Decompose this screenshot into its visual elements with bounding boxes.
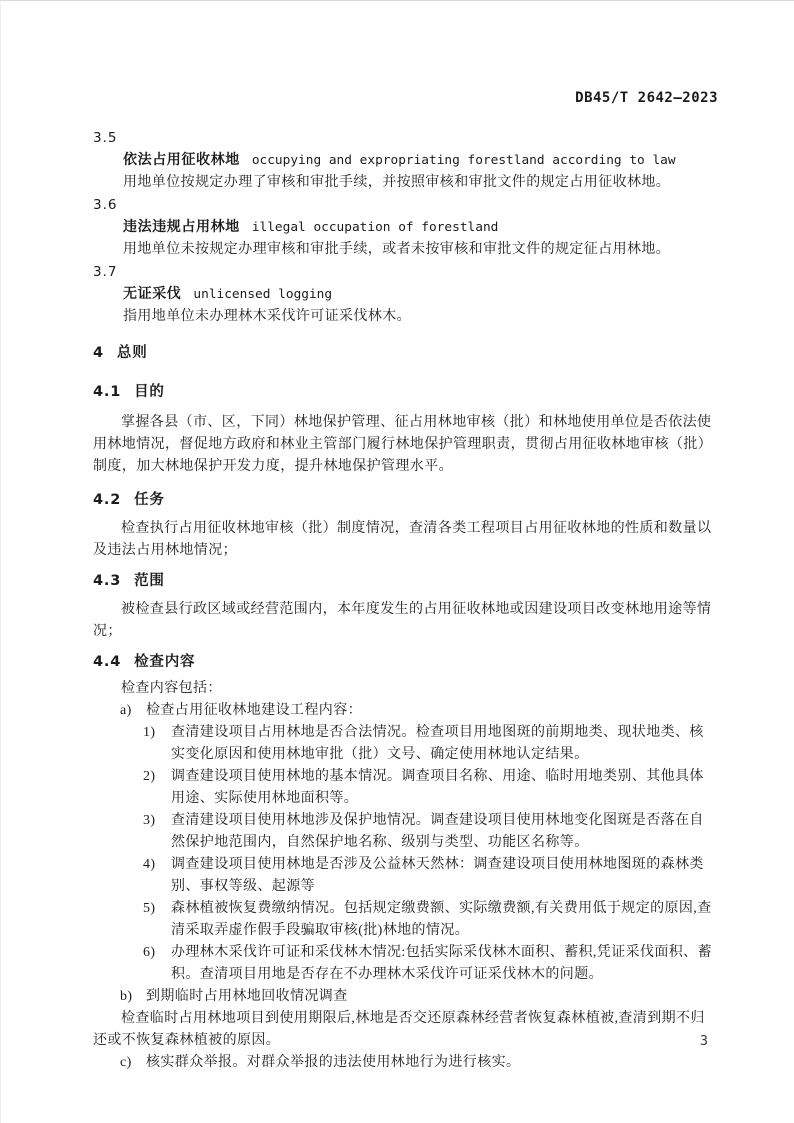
section-4-4: 4.4检查内容 检查内容包括： a) 检查占用征收林地建设工程内容： 1) 查清… [93,651,718,1074]
term-entry-3-6: 3.6 违法违规占用林地illegal occupation of forest… [93,194,718,261]
list-item-a: a) 检查占用征收林地建设工程内容： [93,700,718,722]
list-text: 森林植被恢复费缴纳情况。包括规定缴费额、实际缴费额,有关费用低于规定的原因,查清… [171,898,718,942]
checklist-intro: 检查内容包括： [93,678,718,700]
term-entry-3-5: 3.5 依法占用征收林地occupying and expropriating … [93,127,718,194]
list-label: a) [120,700,146,722]
section-4-3: 4.3范围 被检查县行政区域或经营范围内，本年度发生的占用征收林地或因建设项目改… [93,570,718,643]
document-page: DB45/T 2642—2023 3.5 依法占用征收林地occupying a… [0,0,794,1123]
list-label: b) [120,986,146,1008]
term-title-line: 无证采伐unlicensed logging [93,283,718,306]
section-number: 4.1 [93,381,121,403]
section-heading: 4.1目的 [93,381,718,403]
section-number: 4.2 [93,489,121,511]
section-heading: 4.3范围 [93,570,718,592]
term-name-cn: 违法违规占用林地 [123,219,240,235]
list-subitem-4: 4) 调查建设项目使用林地是否涉及公益林天然林：调查建设项目使用林地图斑的森林类… [93,854,718,898]
list-subitem-6: 6) 办理林木采伐许可证和采伐林木情况:包括实际采伐林木面积、蓄积,凭证采伐面积… [93,942,718,986]
chapter-title: 总则 [117,345,148,361]
section-title: 范围 [134,573,165,589]
section-title: 检查内容 [134,654,195,670]
list-label: 4) [143,854,171,898]
term-definition: 指用地单位未办理林木采伐许可证采伐林木。 [93,306,718,328]
list-label: 1) [143,722,171,766]
term-name-cn: 依法占用征收林地 [123,152,240,168]
section-paragraph: 被检查县行政区域或经营范围内，本年度发生的占用征收林地或因建设项目改变林地用途等… [93,599,718,643]
clause-number: 3.5 [93,127,718,149]
list-label: 6) [143,942,171,986]
list-label: 3) [143,810,171,854]
section-number: 4.4 [93,651,121,673]
list-text: 检查占用征收林地建设工程内容： [146,700,718,722]
section-heading: 4.4检查内容 [93,651,718,673]
list-text: 查清建设项目占用林地是否合法情况。检查项目用地图斑的前期地类、现状地类、核实变化… [171,722,718,766]
section-4-2: 4.2任务 检查执行占用征收林地审核（批）制度情况，查清各类工程项目占用征收林地… [93,489,718,562]
list-item-c: c) 核实群众举报。对群众举报的违法使用林地行为进行核实。 [93,1052,718,1074]
list-subitem-3: 3) 查清建设项目使用林地涉及保护地情况。调查建设项目使用林地变化图斑是否落在自… [93,810,718,854]
list-subitem-2: 2) 调查建设项目使用林地的基本情况。调查项目名称、用途、临时用地类别、其他具体… [93,766,718,810]
list-label: c) [120,1052,146,1074]
list-text: 到期临时占用林地回收情况调查 [146,986,718,1008]
clause-number: 3.7 [93,261,718,283]
section-paragraph: 检查执行占用征收林地审核（批）制度情况，查清各类工程项目占用征收林地的性质和数量… [93,518,718,562]
chapter-number: 4 [93,342,104,364]
term-name-en: occupying and expropriating forestland a… [252,153,676,168]
term-name-en: unlicensed logging [193,287,332,302]
section-heading: 4.2任务 [93,489,718,511]
term-name-cn: 无证采伐 [123,286,181,302]
terms-section: 3.5 依法占用征收林地occupying and expropriating … [93,127,718,328]
list-label: 2) [143,766,171,810]
term-name-en: illegal occupation of forestland [252,220,499,235]
term-entry-3-7: 3.7 无证采伐unlicensed logging 指用地单位未办理林木采伐许… [93,261,718,328]
list-text: 办理林木采伐许可证和采伐林木情况:包括实际采伐林木面积、蓄积,凭证采伐面积、蓄积… [171,942,718,986]
page-number: 3 [700,1033,708,1049]
section-title: 任务 [134,492,165,508]
term-definition: 用地单位按规定办理了审核和审批手续，并按照审核和审批文件的规定占用征收林地。 [93,172,718,194]
section-paragraph: 掌握各县（市、区，下同）林地保护管理、征占用林地审核（批）和林地使用单位是否依法… [93,412,718,478]
list-item-b: b) 到期临时占用林地回收情况调查 [93,986,718,1008]
term-title-line: 违法违规占用林地illegal occupation of forestland [93,216,718,239]
list-subitem-5: 5) 森林植被恢复费缴纳情况。包括规定缴费额、实际缴费额,有关费用低于规定的原因… [93,898,718,942]
item-b-paragraph: 检查临时占用林地项目到使用期限后,林地是否交还原森林经营者恢复森林植被,查清到期… [93,1008,718,1052]
standard-code-header: DB45/T 2642—2023 [93,89,718,107]
list-text: 调查建设项目使用林地是否涉及公益林天然林：调查建设项目使用林地图斑的森林类别、事… [171,854,718,898]
list-subitem-1: 1) 查清建设项目占用林地是否合法情况。检查项目用地图斑的前期地类、现状地类、核… [93,722,718,766]
list-text: 调查建设项目使用林地的基本情况。调查项目名称、用途、临时用地类别、其他具体用途、… [171,766,718,810]
chapter-heading: 4总则 [93,342,718,364]
section-4-1: 4.1目的 掌握各县（市、区，下同）林地保护管理、征占用林地审核（批）和林地使用… [93,381,718,478]
term-title-line: 依法占用征收林地occupying and expropriating fore… [93,149,718,172]
list-label: 5) [143,898,171,942]
clause-number: 3.6 [93,194,718,216]
term-definition: 用地单位未按规定办理审核和审批手续，或者未按审核和审批文件的规定征占用林地。 [93,239,718,261]
section-title: 目的 [134,384,165,400]
list-text: 查清建设项目使用林地涉及保护地情况。调查建设项目使用林地变化图斑是否落在自然保护… [171,810,718,854]
list-text: 核实群众举报。对群众举报的违法使用林地行为进行核实。 [146,1052,718,1074]
section-number: 4.3 [93,570,121,592]
